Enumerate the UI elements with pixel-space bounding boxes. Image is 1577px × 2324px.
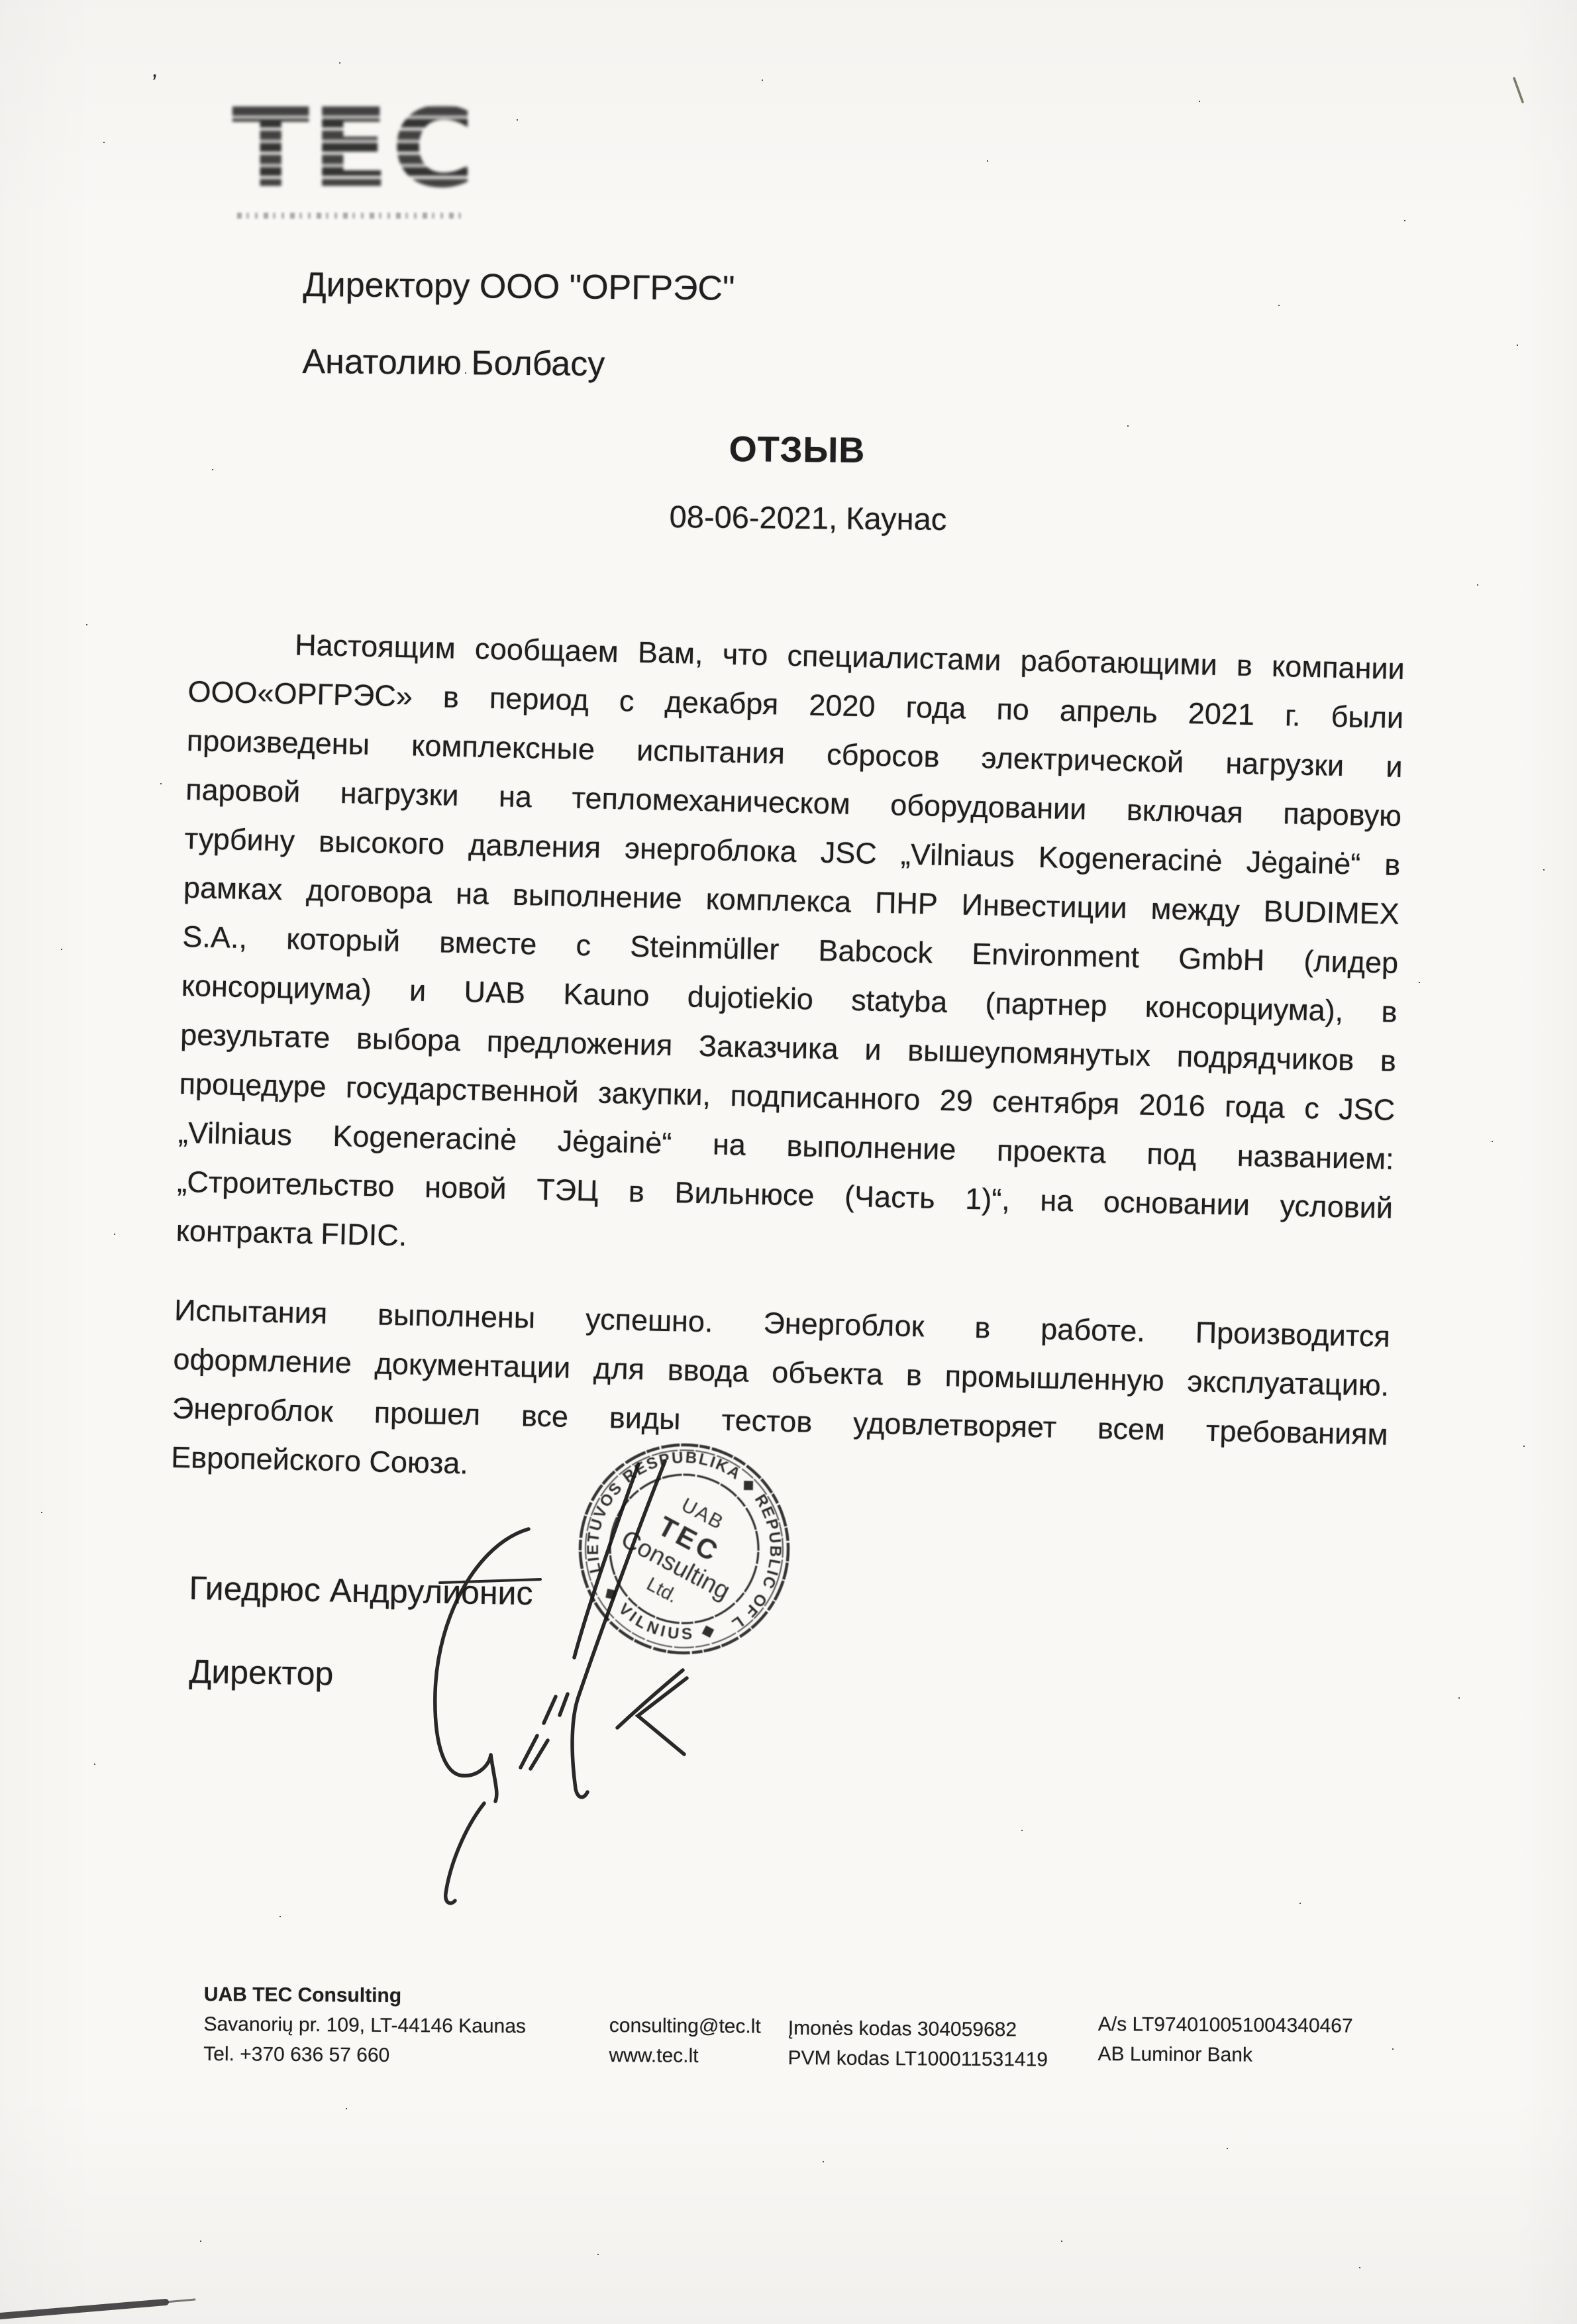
footer-account: A/s LT974010051004340467 bbox=[1098, 2009, 1353, 2041]
footer-bank: AB Luminor Bank bbox=[1097, 2039, 1352, 2071]
footer-company-block: UAB TEC Consulting Savanorių pr. 109, LT… bbox=[203, 1980, 526, 2071]
signature-role: Директор bbox=[189, 1652, 334, 1693]
company-logo-text: TEC bbox=[232, 96, 497, 200]
footer-contact-block: consulting@tec.lt www.tec.lt bbox=[609, 2011, 761, 2072]
footer-bank-block: A/s LT974010051004340467 AB Luminor Bank bbox=[1097, 2009, 1352, 2071]
footer-vat-code: PVM kodas LT100011531419 bbox=[788, 2043, 1048, 2075]
footer-company-code: Įmonės kodas 304059682 bbox=[788, 2013, 1048, 2045]
scan-artifact-mark: ’ bbox=[149, 69, 158, 97]
footer-address: Savanorių pr. 109, LT-44146 Kaunas bbox=[203, 2009, 526, 2041]
company-logo-tagline-smudge bbox=[237, 213, 466, 219]
scanned-letter-page: TEC ’ Директору ООО "ОРГРЭС" Анатолию Бо… bbox=[0, 0, 1577, 2324]
signature-name: Гиедрюс Андрулионис bbox=[189, 1569, 533, 1612]
body-paragraph-1: Настоящим сообщаем Вам, что специалистам… bbox=[176, 618, 1405, 1282]
footer-company-name: UAB TEC Consulting bbox=[204, 1980, 527, 2011]
recipient-line-2: Анатолию Болбасу bbox=[302, 323, 735, 404]
footer-codes-block: Įmonės kodas 304059682 PVM kodas LT10001… bbox=[788, 2013, 1048, 2075]
scan-speckles bbox=[0, 0, 1, 1]
scan-noise-overlay bbox=[0, 0, 199, 99]
footer-phone: Tel. +370 636 57 660 bbox=[203, 2039, 526, 2071]
letter-dateline: 08-06-2021, Каунас bbox=[0, 492, 1577, 543]
footer-website: www.tec.lt bbox=[609, 2040, 760, 2072]
company-logo: TEC bbox=[232, 94, 497, 219]
letter-body: Настоящим сообщаем Вам, что специалистам… bbox=[171, 618, 1405, 1508]
footer-email: consulting@tec.lt bbox=[609, 2011, 761, 2042]
recipient-block: Директору ООО "ОРГРЭС" Анатолию Болбасу bbox=[302, 246, 735, 404]
recipient-line-1: Директору ООО "ОРГРЭС" bbox=[303, 246, 735, 327]
letter-title: ОТЗЫВ bbox=[0, 421, 1577, 478]
company-seal: LIETUVOS RESPUBLIKA ◆ REPUBLIC OF LITHUA… bbox=[570, 1435, 798, 1663]
